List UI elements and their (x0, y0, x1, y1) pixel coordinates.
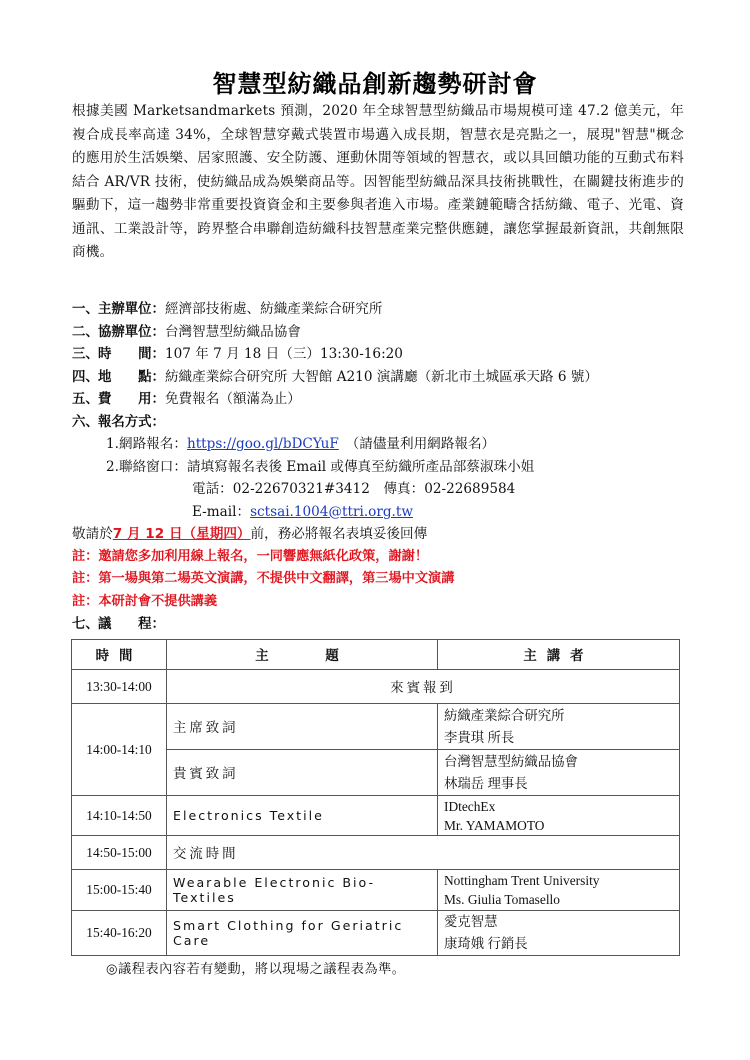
table-header: 時間 主 題 主講者 (72, 640, 680, 670)
row-speaker: 愛克智慧 康琦娥 行銷長 (438, 911, 680, 956)
row-speaker: 台灣智慧型紡織品協會 林瑞岳 理事長 (438, 750, 680, 796)
intro-paragraph: 根據美國 Marketsandmarkets 預測，2020 年全球智慧型紡織品… (72, 100, 684, 265)
row-time: 15:40-16:20 (72, 911, 167, 956)
info-label: 主辦單位： (98, 302, 165, 317)
agenda-heading: 七、議 程： (72, 613, 692, 636)
row-time: 14:50-15:00 (72, 836, 167, 870)
speaker-name: 李貴琪 所長 (444, 727, 673, 749)
info-label: 時 間： (98, 347, 165, 362)
info-label: 地 點： (98, 370, 165, 385)
info-num: 七、 (72, 614, 98, 637)
intro-text: 根據美國 Marketsandmarkets 預測，2020 年全球智慧型紡織品… (72, 100, 684, 265)
info-num: 六、 (72, 412, 98, 435)
info-registration: 六、報名方式： (72, 411, 692, 434)
info-value: 紡織產業綜合研究所 大智館 A210 演講廳（新北市土城區承天路 6 號） (165, 369, 598, 385)
deadline-suffix: 前，務必將報名表填妥後回傳 (251, 526, 428, 542)
row-topic: 貴賓致詞 (167, 750, 438, 796)
document-title: 智慧型紡織品創新趨勢研討會 (0, 64, 750, 99)
row-speaker: 紡織產業綜合研究所 李貴琪 所長 (438, 704, 680, 750)
info-num: 四、 (72, 367, 98, 390)
note-paperless: 註：邀請您多加利用線上報名，一同響應無紙化政策，謝謝！ (72, 546, 692, 569)
table-row: 15:40-16:20 Smart Clothing for Geriatric… (72, 911, 680, 956)
table-row: 15:00-15:40 Wearable Electronic Bio-Text… (72, 870, 680, 911)
registration-email: E-mail：sctsai.1004@ttri.org.tw (72, 501, 692, 524)
registration-contact: 2.聯絡窗口：請填寫報名表後 Email 或傳真至紡織所產品部蔡淑珠小姐 (72, 456, 692, 479)
row-topic: Wearable Electronic Bio-Textiles (167, 870, 438, 911)
info-fee: 五、費 用：免費報名（額滿為止） (72, 388, 692, 411)
speaker-org: Nottingham Trent University (444, 871, 673, 890)
row-topic: Smart Clothing for Geriatric Care (167, 911, 438, 956)
info-num: 五、 (72, 389, 98, 412)
info-organizer: 一、主辦單位：經濟部技術處、紡織產業綜合研究所 (72, 298, 692, 321)
table-row: 14:10-14:50 Electronics Textile IDtechEx… (72, 796, 680, 836)
row-time: 14:00-14:10 (72, 704, 167, 796)
header-topic: 主 題 (167, 640, 438, 670)
online-label: 1.網路報名： (106, 436, 187, 452)
online-note: （請儘量利用網路報名） (352, 436, 495, 452)
deadline-line: 敬請於7 月 12 日（星期四）前，務必將報名表填妥後回傳 (72, 523, 692, 546)
speaker-org: 紡織產業綜合研究所 (444, 705, 673, 727)
row-speaker: Nottingham Trent University Ms. Giulia T… (438, 870, 680, 911)
row-time: 13:30-14:00 (72, 670, 167, 704)
deadline-prefix: 敬請於 (72, 526, 113, 542)
info-num: 一、 (72, 299, 98, 322)
note-handouts: 註：本研討會不提供講義 (72, 591, 692, 614)
info-value: 107 年 7 月 18 日（三）13:30-16:20 (165, 346, 403, 362)
table-row: 14:00-14:10 主席致詞 紡織產業綜合研究所 李貴琪 所長 (72, 704, 680, 750)
row-speaker: IDtechEx Mr. YAMAMOTO (438, 796, 680, 836)
info-value: 免費報名（額滿為止） (165, 391, 301, 407)
phone-fax: 電話：02-22670321#3412 傳真：02-22689584 (192, 481, 515, 497)
event-info: 一、主辦單位：經濟部技術處、紡織產業綜合研究所 二、協辦單位：台灣智慧型紡織品協… (72, 298, 692, 636)
row-topic: 交流時間 (167, 836, 680, 870)
contact-label: 2.聯絡窗口： (106, 459, 187, 475)
info-value: 台灣智慧型紡織品協會 (165, 324, 301, 340)
info-location: 四、地 點：紡織產業綜合研究所 大智館 A210 演講廳（新北市土城區承天路 6… (72, 366, 692, 389)
speaker-name: Ms. Giulia Tomasello (444, 890, 673, 909)
info-value: 經濟部技術處、紡織產業綜合研究所 (165, 301, 383, 317)
row-topic: Electronics Textile (167, 796, 438, 836)
info-label: 報名方式： (98, 415, 165, 430)
note-translation: 註：第一場與第二場英文演講，不提供中文翻譯，第三場中文演講 (72, 568, 692, 591)
row-topic: 主席致詞 (167, 704, 438, 750)
speaker-name: 林瑞岳 理事長 (444, 773, 673, 795)
row-time: 15:00-15:40 (72, 870, 167, 911)
speaker-org: 愛克智慧 (444, 911, 673, 933)
info-label: 費 用： (98, 392, 165, 407)
info-label: 協辦單位： (98, 325, 165, 340)
email-link[interactable]: sctsai.1004@ttri.org.tw (250, 504, 413, 520)
speaker-name: Mr. YAMAMOTO (444, 816, 673, 835)
registration-phone: 電話：02-22670321#3412 傳真：02-22689584 (72, 478, 692, 501)
header-speaker: 主講者 (438, 640, 680, 670)
info-co-organizer: 二、協辦單位：台灣智慧型紡織品協會 (72, 321, 692, 344)
speaker-org: IDtechEx (444, 797, 673, 816)
speaker-name: 康琦娥 行銷長 (444, 933, 673, 955)
row-topic: 來賓報到 (167, 670, 680, 704)
agenda-table: 時間 主 題 主講者 13:30-14:00 來賓報到 14:00-14:10 … (71, 639, 680, 956)
registration-link[interactable]: https://goo.gl/bDCYuF (187, 436, 339, 452)
deadline-date: 7 月 12 日（星期四） (113, 526, 251, 542)
speaker-org: 台灣智慧型紡織品協會 (444, 751, 673, 773)
table-row: 13:30-14:00 來賓報到 (72, 670, 680, 704)
contact-text: 請填寫報名表後 Email 或傳真至紡織所產品部蔡淑珠小姐 (187, 459, 534, 475)
row-time: 14:10-14:50 (72, 796, 167, 836)
agenda-footnote: ◎議程表內容若有變動，將以現場之議程表為準。 (106, 958, 405, 977)
header-time: 時間 (72, 640, 167, 670)
info-label: 議 程： (98, 617, 165, 632)
table-row: 14:50-15:00 交流時間 (72, 836, 680, 870)
info-num: 三、 (72, 344, 98, 367)
registration-online: 1.網路報名：https://goo.gl/bDCYuF （請儘量利用網路報名） (72, 433, 692, 456)
email-label: E-mail： (192, 504, 250, 520)
info-time: 三、時 間：107 年 7 月 18 日（三）13:30-16:20 (72, 343, 692, 366)
info-num: 二、 (72, 322, 98, 345)
